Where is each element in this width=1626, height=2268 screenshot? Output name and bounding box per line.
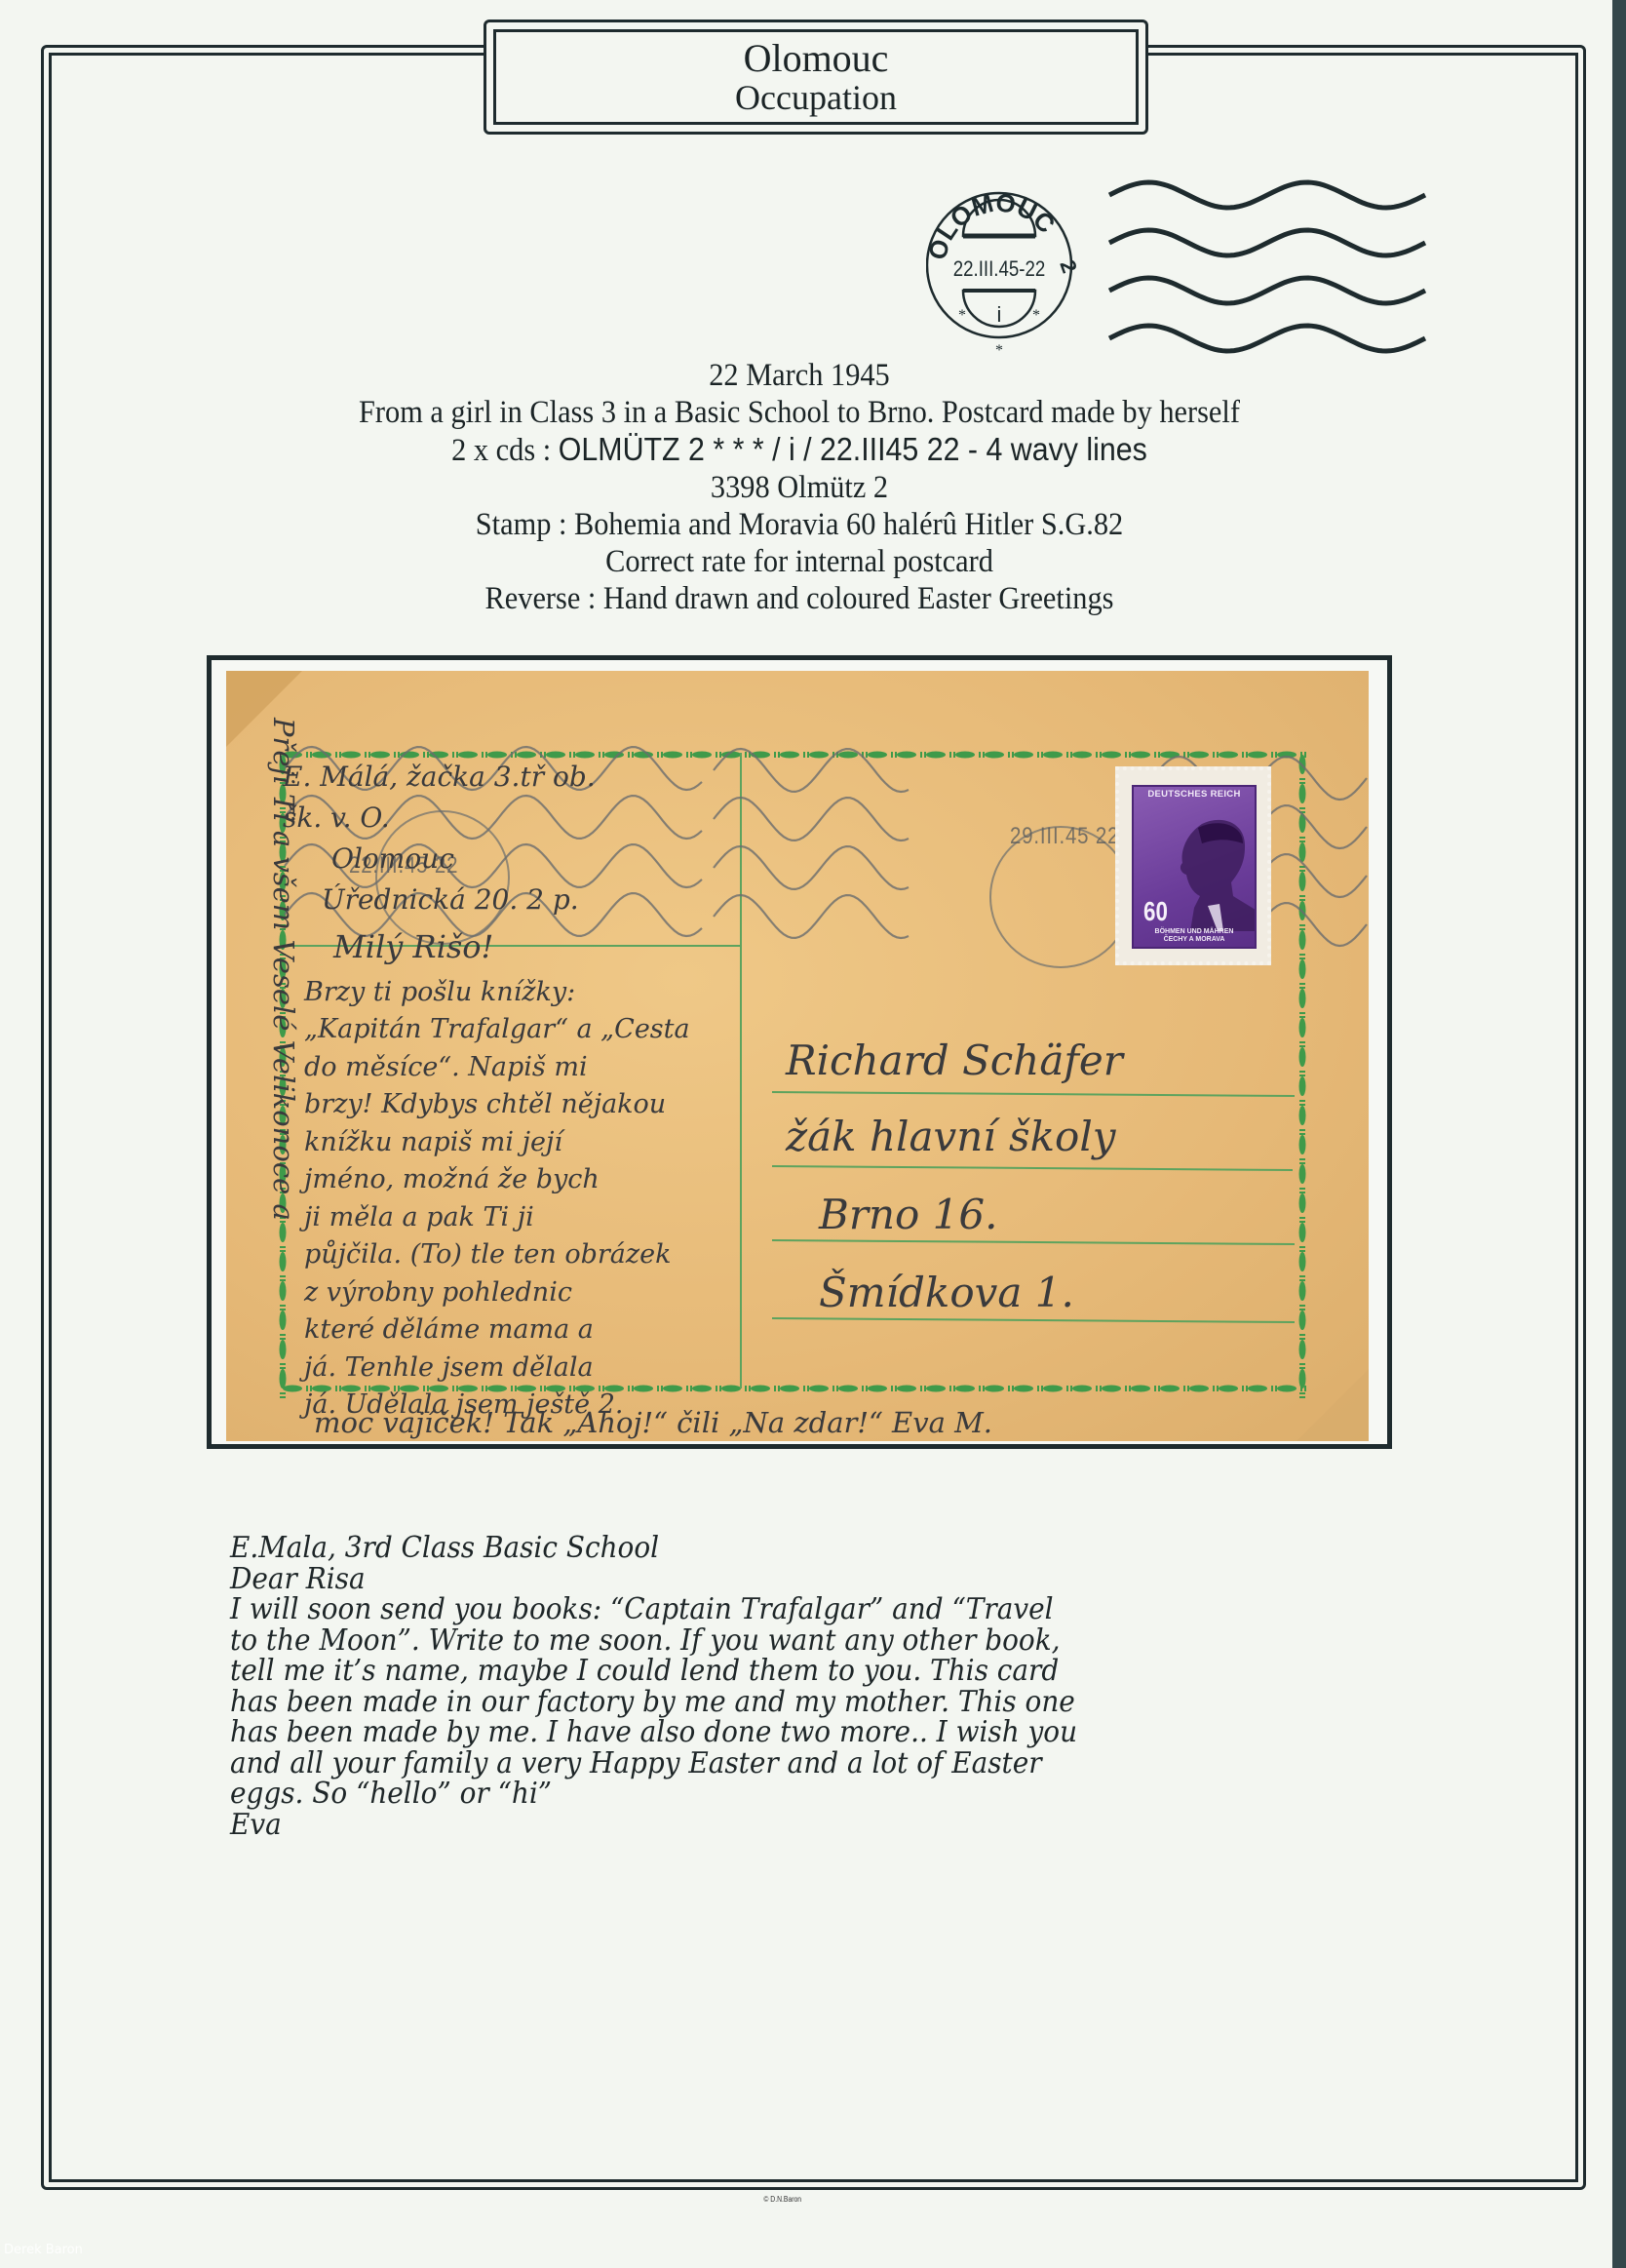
postmark-office-number: 2 bbox=[1055, 256, 1082, 276]
translation-line: to the Moon”. Write to me soon. If you w… bbox=[230, 1625, 1318, 1657]
translation-line: and all your family a very Happy Easter … bbox=[230, 1748, 1318, 1779]
letter-line: z výrobny pohlednic bbox=[304, 1274, 690, 1312]
translation-line: tell me it’s name, maybe I could lend th… bbox=[230, 1656, 1318, 1687]
translation-line: has been made in our factory by me and m… bbox=[230, 1687, 1318, 1718]
postage-stamp: DEUTSCHES REICH 60 BÖHMEN UND MÄHREN ČEC… bbox=[1115, 766, 1271, 965]
title-box-inner: Olomouc Occupation bbox=[493, 29, 1139, 125]
description-stamp: Stamp : Bohemia and Moravia 60 halérû Hi… bbox=[154, 506, 1446, 543]
letter-line: Brzy ti pošlu knížky: bbox=[304, 974, 690, 1012]
description-catalogue: 3398 Olmütz 2 bbox=[154, 469, 1446, 506]
description-summary: From a girl in Class 3 in a Basic School… bbox=[154, 394, 1446, 431]
description-block: 22 March 1945 From a girl in Class 3 in … bbox=[154, 357, 1446, 617]
stamp-country-bottom: BÖHMEN UND MÄHREN ČECHY A MORAVA bbox=[1134, 928, 1255, 944]
wavy-lines-icon bbox=[1109, 182, 1425, 351]
cds-text: OLMÜTZ 2 * * * / i / 22.III45 22 - 4 wav… bbox=[559, 431, 1147, 467]
recipient-street: Šmídkova 1. bbox=[819, 1270, 1074, 1316]
letter-line: které děláme mama a bbox=[304, 1311, 690, 1349]
translation-line: E.Mala, 3rd Class Basic School bbox=[230, 1533, 1318, 1564]
cancel-date-right: 29.III.45 22 bbox=[1010, 823, 1119, 850]
recipient-name: Richard Schäfer bbox=[786, 1037, 1123, 1084]
copyright-notice: © D.N.Baron bbox=[763, 2195, 801, 2204]
closing-line: moc vajíček! Tak „Ahoj!“ čili „Na zdar!“… bbox=[314, 1406, 992, 1439]
description-reverse: Reverse : Hand drawn and coloured Easter… bbox=[154, 580, 1446, 617]
letter-line: jméno, možná že bych bbox=[304, 1161, 690, 1199]
translation-line: eggs. So “hello” or “hi” bbox=[230, 1779, 1318, 1810]
translation-line: Dear Risa bbox=[230, 1564, 1318, 1595]
recipient-line-2: žák hlavní školy bbox=[786, 1114, 1116, 1160]
letter-line: ji měla a pak Ti ji bbox=[304, 1199, 690, 1237]
description-date: 22 March 1945 bbox=[154, 357, 1446, 394]
postmark-town: OLOMOUC bbox=[926, 187, 1062, 262]
recipient-city: Brno 16. bbox=[819, 1192, 997, 1238]
star-icon: * bbox=[958, 307, 966, 324]
letter-greeting: Milý Rišo! bbox=[333, 928, 690, 966]
letter-line: půjčila. (To) tle ten obrázek bbox=[304, 1236, 690, 1274]
letter-line: knížku napiš mi její bbox=[304, 1124, 690, 1162]
handwritten-letter: Milý Rišo! Brzy ti pošlu knížky:„Kapitán… bbox=[304, 928, 690, 1425]
letter-lines: Brzy ti pošlu knížky:„Kapitán Trafalgar“… bbox=[304, 974, 690, 1425]
translation-line: I will soon send you books: “Captain Tra… bbox=[230, 1594, 1318, 1625]
svg-text:OLOMOUC: OLOMOUC bbox=[926, 187, 1062, 262]
letter-line: já. Tenhle jsem dělala bbox=[304, 1349, 690, 1388]
description-rate: Correct rate for internal postcard bbox=[154, 543, 1446, 580]
letter-line: do měsíce“. Napiš mi bbox=[304, 1049, 690, 1087]
portrait-icon bbox=[1173, 814, 1257, 931]
postmark-date: 22.III.45-22 bbox=[953, 258, 1046, 282]
stamp-country: DEUTSCHES REICH bbox=[1134, 789, 1255, 800]
postmark-illustration: OLOMOUC 2 22.III.45-22 i * * * bbox=[926, 156, 1530, 371]
watermark: Derek Baron bbox=[4, 2243, 83, 2257]
description-cds: 2 x cds : OLMÜTZ 2 * * * / i / 22.III45 … bbox=[154, 431, 1446, 469]
translation-line: Eva bbox=[230, 1810, 1318, 1841]
translation-text: E.Mala, 3rd Class Basic SchoolDear RisaI… bbox=[230, 1533, 1318, 1840]
stamp-value: 60 bbox=[1143, 896, 1168, 927]
translation-line: has been made by me. I have also done tw… bbox=[230, 1717, 1318, 1748]
page-title: Olomouc bbox=[496, 38, 1136, 79]
letter-line: „Kapitán Trafalgar“ a „Cesta bbox=[304, 1011, 690, 1049]
page-subtitle: Occupation bbox=[496, 79, 1136, 116]
letter-line: brzy! Kdybys chtěl nějakou bbox=[304, 1086, 690, 1124]
postmark-code: i bbox=[997, 302, 1002, 327]
star-icon: * bbox=[1032, 307, 1040, 324]
sender-address: E. Málá, žačka 3.tř ob. šk. v. O. Olomou… bbox=[283, 757, 596, 920]
stamp-design: DEUTSCHES REICH 60 BÖHMEN UND MÄHREN ČEC… bbox=[1132, 785, 1257, 949]
scan-edge bbox=[1612, 0, 1626, 2268]
